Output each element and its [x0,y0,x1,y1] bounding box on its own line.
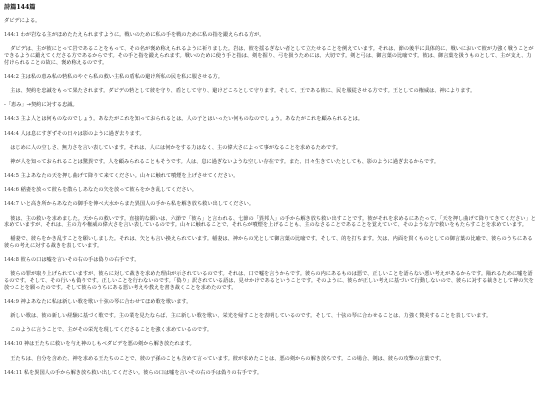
verse-line: 144:8 彼らの口は嘘を言いその右の手は偽りの右手です。 [4,257,536,264]
attribution: ダビデによる。 [4,18,536,25]
verse-number: 144:1 [4,32,19,38]
verse-text: わが岩なる主がほめたたえられますように。戦いのために私の手を戦のために私の指を鍛… [21,32,265,38]
verse-line: 144:6 稲妻を放って彼らを散らしあなたの矢を放って彼らをかき乱してください。 [4,187,536,194]
verse-line: 144:4 人は息にすぎずその日々は影のように過ぎ去ります。 [4,131,536,138]
commentary-paragraph: 彼らの罪が取り上げられていますが、彼らに対して裁きを求めた理由が示されているので… [4,271,536,291]
word-note: -「恵み」→契約に対する忠誠。 [4,102,536,109]
verse-number: 144:7 [4,201,19,207]
commentary-paragraph: 王たちは、自分を含めた、神を求める王たちのことで、彼の子孫のことも含めて言ってい… [4,356,536,363]
commentary-paragraph: 主は、契約を忠誠をもって果たされます。ダビデの砦として彼を守り、盾として守り、避… [4,88,536,95]
verse-number: 144:5 [4,173,19,179]
verse-text: いと高き所からあなたの御手を伸べ大水からまた異国人の手から私を解き放ち救い出して… [21,201,254,207]
verse-text: 神は王たちに救いを与え神のしもべダビデを悪の剣から解き放たれます。 [24,341,195,347]
verse-text: 神よあなたに私は新しい歌を歌い十弦の琴に合わせてほめ歌を歌います。 [21,299,192,305]
verse-line: 144:1 わが岩なる主がほめたたえられますように。戦いのために私の手を戦のため… [4,32,536,39]
verse-number: 144:2 [4,74,19,80]
commentary-paragraph: 新しい歌は、彼の新しい経験に基づく歌です。主の業を見たならば、主に新しい歌を歌い… [4,313,536,320]
verse-line: 144:7 いと高き所からあなたの御手を伸べ大水からまた異国人の手から私を解き放… [4,201,536,208]
verse-text: 私を異国人の手から解き放ち救い出してください。彼らの口は嘘を言いその右の手は偽り… [24,370,262,376]
verse-line: 144:9 神よあなたに私は新しい歌を歌い十弦の琴に合わせてほめ歌を歌います。 [4,299,536,306]
commentary-paragraph: 稲妻で、彼らをかき乱すことを願いしました。それは、矢とも言い換えられています。稲… [4,236,536,249]
verse-number: 144:11 [4,370,22,376]
verse-line: 144:11 私を異国人の手から解き放ち救い出してください。彼らの口は嘘を言いそ… [4,370,536,377]
verse-text: 彼らの口は嘘を言いその右の手は偽りの右手です。 [21,257,140,263]
verse-number: 144:9 [4,299,19,305]
verse-number: 144:3 [4,116,19,122]
verse-number: 144:6 [4,187,19,193]
page-title: 詩篇144篇 [4,4,536,11]
verse-line: 144:10 神は王たちに救いを与え神のしもべダビデを悪の剣から解き放たれます。 [4,341,536,348]
commentary-paragraph: ダビデは、主が彼にとって岩であることをもって、その名が褒め称えられるように祈りま… [4,46,536,66]
verse-text: 人は息にすぎずその日々は影のように過ぎ去ります。 [21,131,145,137]
commentary-paragraph: 彼は、主の救いを求めました。天からの救いです。直接的な願いは、六節で「彼ら」と言… [4,216,536,229]
verse-number: 144:10 [4,341,22,347]
verse-text: 主よ人とは何ものなのでしょう。あなたがこれを知っておられるとは。人の子とはいった… [21,116,363,122]
verse-line: 144:3 主よ人とは何ものなのでしょう。あなたがこれを知っておられるとは。人の… [4,116,536,123]
verse-text: 主よあなたの天を押し曲げて降りて来てください。山々に触れて噴煙を上げさせてくださ… [21,173,239,179]
verse-line: 144:2 主は私の恵み私の砦私のやぐら私の救い主私の盾私の避け所私の民を私に服… [4,74,536,81]
verse-number: 144:4 [4,131,19,137]
verse-text: 稲妻を放って彼らを散らしあなたの矢を放って彼らをかき乱してください。 [21,187,197,193]
commentary-paragraph: はじめに人の空しさ、無力さを言い表しています。それは、人には何かをする力はなく、… [4,145,536,152]
document-body: 144:1 わが岩なる主がほめたたえられますように。戦いのために私の手を戦のため… [4,32,536,376]
commentary-paragraph: 神が人を知っておられることは驚異です。人を顧みられることもそうです。人は、息に過… [4,159,536,166]
verse-number: 144:8 [4,257,19,263]
verse-text: 主は私の恵み私の砦私のやぐら私の救い主私の盾私の避け所私の民を私に服させる方。 [21,74,223,80]
verse-line: 144:5 主よあなたの天を押し曲げて降りて来てください。山々に触れて噴煙を上げ… [4,173,536,180]
commentary-paragraph: このように言うことで、主がその栄光を現してくださることを強く求めているのです。 [4,327,536,334]
document-page: 詩篇144篇 ダビデによる。 144:1 わが岩なる主がほめたたえられますように… [0,0,540,376]
